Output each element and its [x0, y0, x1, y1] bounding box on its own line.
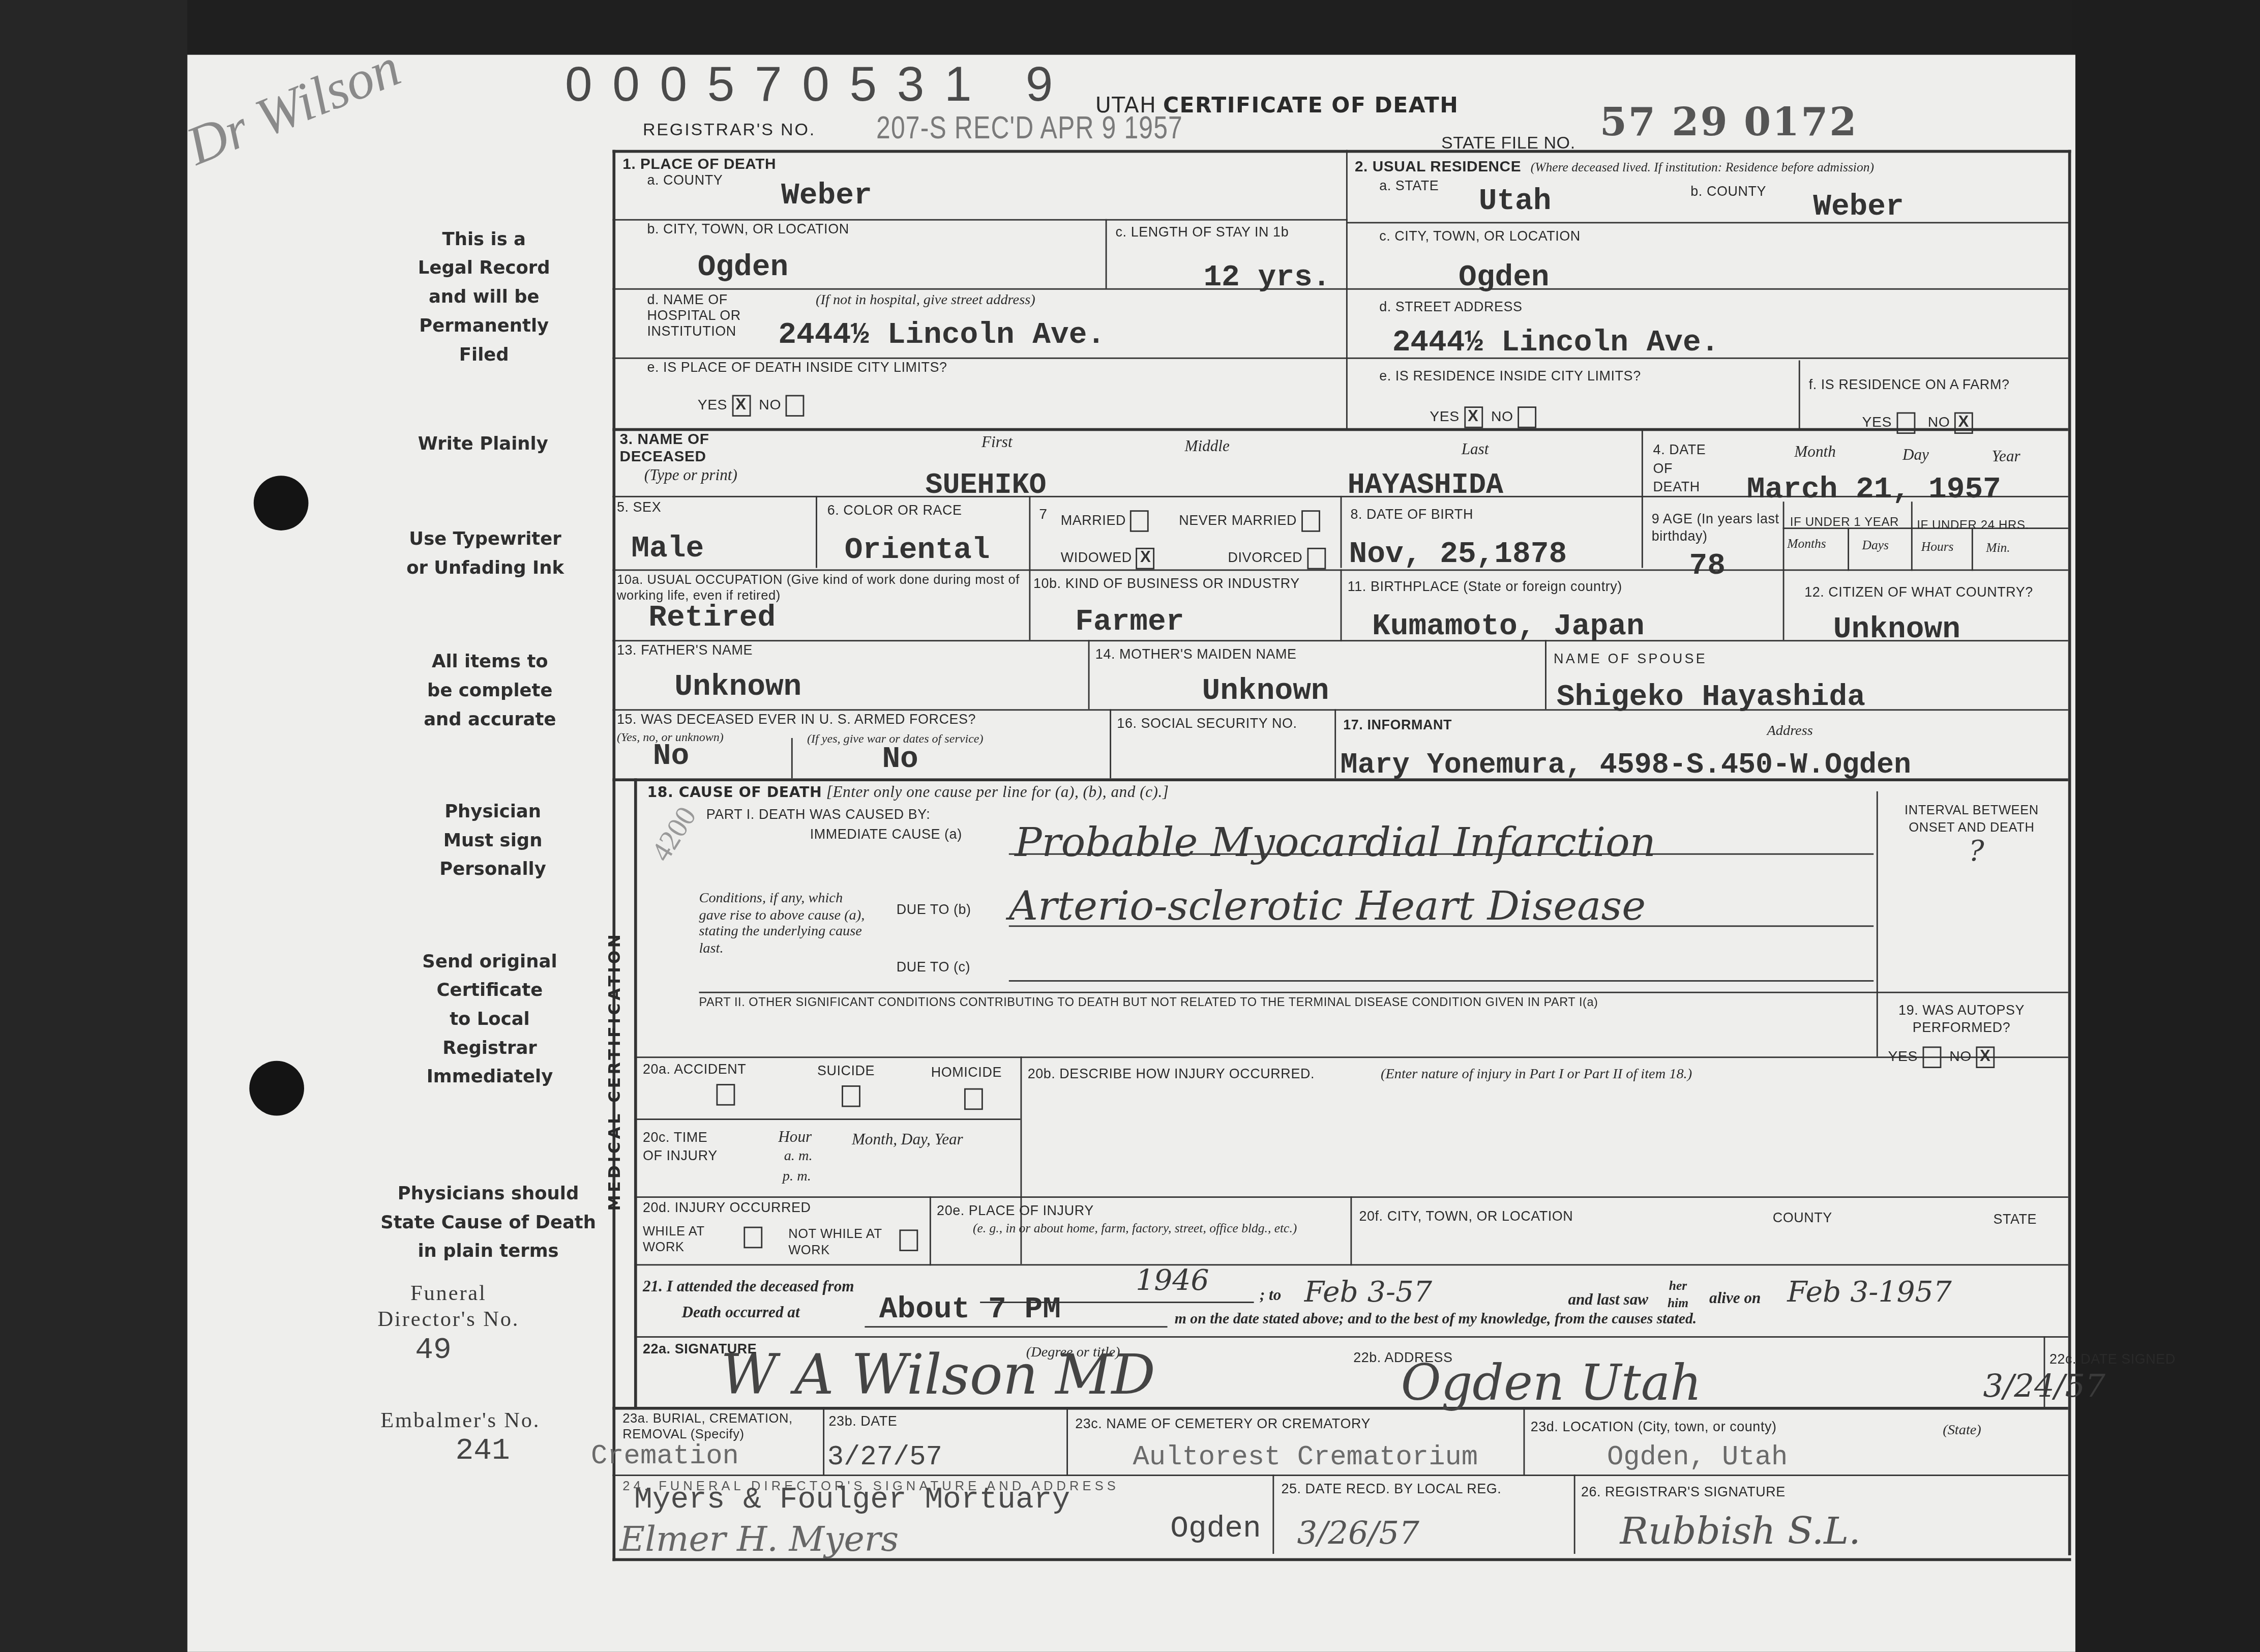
month-day-year-label: Month, Day, Year — [852, 1132, 963, 1149]
hours-label: Hours — [1921, 539, 1954, 553]
location-label: 23d. LOCATION (City, town, or county) — [1531, 1420, 1777, 1435]
race-value[interactable]: Oriental — [845, 535, 990, 568]
no-label: NO — [1949, 1050, 1972, 1066]
place-of-injury-label: 20e. PLACE OF INJURY — [937, 1203, 1094, 1219]
divider — [634, 1336, 2068, 1338]
divider — [1574, 1474, 1575, 1554]
yes-label: YES — [1862, 416, 1892, 431]
marital-status-number: 7 — [1039, 508, 1047, 523]
birthplace-label: 11. BIRTHPLACE (State or foreign country… — [1348, 579, 1622, 595]
informant-label: 17. INFORMANT — [1343, 718, 1452, 733]
death-city-label: b. CITY, TOWN, OR LOCATION — [647, 222, 849, 238]
registrars-no-label: REGISTRAR'S NO. — [643, 120, 816, 140]
divider — [1524, 1407, 1525, 1476]
divider — [1972, 527, 1973, 571]
describe-injury-note: (Enter nature of injury in Part I or Par… — [1381, 1067, 1692, 1082]
am-label: a. m. — [784, 1149, 813, 1165]
divider — [1066, 1407, 1068, 1476]
service-note: (If yes, give war or dates of service) — [807, 731, 984, 745]
date-recd-label: 25. DATE RECD. BY LOCAL REG. — [1281, 1482, 1501, 1497]
title-text: CERTIFICATE OF DEATH — [1163, 92, 1459, 118]
autopsy-yes-checkbox[interactable] — [1922, 1046, 1941, 1068]
industry-label: 10b. KIND OF BUSINESS OR INDUSTRY — [1033, 577, 1300, 593]
last-name-value[interactable]: HAYASHIDA — [1348, 470, 1503, 503]
occupation-label: 10a. USUAL OCCUPATION (Give kind of work… — [617, 572, 1026, 604]
divider — [612, 428, 2068, 431]
middle-name-label: Middle — [1185, 438, 1230, 456]
burial-value[interactable]: Cremation — [591, 1440, 739, 1471]
last-saw-label: and last saw — [1568, 1291, 1648, 1309]
min-label: Min. — [1986, 541, 2010, 555]
inside-city-limits-checkboxes: YESX NO — [698, 395, 805, 417]
while-at-work-checkbox[interactable] — [744, 1227, 762, 1249]
notice-send-original: Send original Certificate to Local Regis… — [422, 947, 557, 1091]
immediate-cause-value[interactable]: Probable Myocardial Infarction — [1015, 819, 1656, 867]
divorced-label: DIVORCED — [1228, 551, 1303, 567]
married-option: MARRIED — [1061, 510, 1149, 532]
hospital-note: (If not in hospital, give street address… — [816, 292, 1035, 308]
last-name-label: Last — [1462, 441, 1489, 458]
mother-value[interactable]: Unknown — [1202, 676, 1329, 709]
time-of-injury-label: 20c. TIME OF INJURY — [643, 1129, 729, 1166]
month-label: Month — [1794, 444, 1835, 461]
yes-label: YES — [698, 398, 727, 414]
divider — [1341, 496, 1342, 568]
never-married-label: NEVER MARRIED — [1179, 513, 1297, 529]
res-inside-city-yes-checkbox[interactable]: X — [1464, 406, 1482, 428]
divider — [634, 1056, 2068, 1058]
due-to-c-line — [1009, 980, 1874, 982]
no-label: NO — [759, 398, 781, 414]
inside-city-yes-checkbox[interactable]: X — [732, 395, 751, 417]
injury-occurred-label: 20d. INJURY OCCURRED — [643, 1201, 811, 1217]
divider — [1334, 709, 1336, 778]
funeral-director-no: 49 — [415, 1335, 451, 1368]
widowed-option: WIDOWEDX — [1061, 548, 1155, 570]
conditions-note: Conditions, if any, which gave rise to a… — [699, 891, 866, 957]
never-married-checkbox[interactable] — [1301, 510, 1320, 532]
homicide-label: HOMICIDE — [931, 1065, 1002, 1081]
burial-label: 23a. BURIAL, CREMATION, REMOVAL (Specify… — [622, 1411, 817, 1442]
no-label: NO — [1928, 416, 1950, 431]
while-at-work-label: WHILE AT WORK — [643, 1224, 715, 1255]
res-street-value[interactable]: 2444½ Lincoln Ave. — [1392, 327, 1719, 360]
accident-checkbox[interactable] — [716, 1084, 735, 1106]
scan-border-left — [0, 0, 187, 1652]
res-state-value[interactable]: Utah — [1479, 186, 1552, 219]
injury-city-label: 20f. CITY, TOWN, OR LOCATION — [1359, 1209, 1573, 1225]
date-signed-label: 22c. DATE SIGNED — [2049, 1352, 2176, 1368]
father-label: 13. FATHER'S NAME — [617, 643, 753, 659]
married-checkbox[interactable] — [1130, 510, 1149, 532]
alive-on-value[interactable]: Feb 3-1957 — [1787, 1274, 1952, 1309]
res-county-label: b. COUNTY — [1690, 185, 1766, 200]
divider — [612, 358, 2068, 359]
autopsy-label: 19. WAS AUTOPSY PERFORMED? — [1882, 1003, 2041, 1038]
pm-label: p. m. — [783, 1169, 811, 1185]
farm-checkboxes: YES NOX — [1862, 412, 1973, 434]
attestation-statement: m on the date stated above; and to the b… — [1175, 1312, 1697, 1327]
injury-county-label: COUNTY — [1773, 1211, 1832, 1227]
received-stamp: 207-S REC'D APR 9 1957 — [876, 109, 1183, 147]
divider — [823, 1407, 824, 1476]
registrar-signature-label: 26. REGISTRAR'S SIGNATURE — [1581, 1485, 1786, 1500]
funeral-city-value[interactable]: Ogden — [1170, 1514, 1261, 1547]
farm-no-checkbox[interactable]: X — [1954, 412, 1973, 434]
informant-address-label: Address — [1767, 724, 1812, 740]
farm-yes-checkbox[interactable] — [1896, 412, 1915, 434]
injury-state-label: STATE — [1993, 1212, 2037, 1228]
autopsy-no-checkbox[interactable]: X — [1976, 1046, 1995, 1068]
attended-from-value[interactable]: 1946 — [1136, 1263, 1209, 1297]
binder-hole — [249, 1061, 304, 1116]
divider — [634, 1264, 2068, 1265]
length-of-stay-label: c. LENGTH OF STAY IN 1b — [1116, 225, 1289, 241]
describe-injury-label: 20b. DESCRIBE HOW INJURY OCCURRED. — [1028, 1067, 1315, 1082]
death-county-label: a. COUNTY — [647, 173, 723, 189]
res-inside-city-label: e. IS RESIDENCE INSIDE CITY LIMITS? — [1379, 369, 1641, 385]
first-name-label: First — [982, 434, 1013, 451]
divider — [1642, 430, 1643, 568]
armed-forces-value[interactable]: No — [653, 741, 689, 774]
ssn-label: 16. SOCIAL SECURITY NO. — [1117, 716, 1297, 732]
farm-label: f. IS RESIDENCE ON A FARM? — [1809, 378, 2010, 394]
part2-label: PART II. OTHER SIGNIFICANT CONDITIONS CO… — [699, 994, 1598, 1009]
notice-write-plainly: Write Plainly — [418, 430, 548, 459]
age-label: 9 AGE (In years last birthday) — [1652, 512, 1785, 546]
divider — [612, 1474, 2068, 1476]
months-label: Months — [1787, 536, 1826, 550]
divider — [1799, 361, 1800, 430]
yes-label: YES — [1888, 1050, 1918, 1066]
serial-number: 000570531 9 — [565, 57, 1073, 114]
inside-city-limits-label: e. IS PLACE OF DEATH INSIDE CITY LIMITS? — [647, 361, 947, 376]
immediate-cause-label: IMMEDIATE CAUSE (a) — [810, 828, 962, 843]
race-label: 6. COLOR OR RACE — [827, 503, 962, 519]
attended-to-label: ; to — [1260, 1287, 1281, 1305]
deceased-name-note: (Type or print) — [644, 467, 737, 484]
scan-border-top — [0, 0, 2260, 55]
mother-label: 14. MOTHER'S MAIDEN NAME — [1095, 647, 1297, 663]
deceased-name-label: 3. NAME OF DECEASED — [620, 431, 735, 465]
death-county-value[interactable]: Weber — [781, 180, 872, 213]
notice-typewriter: Use Typewriter or Unfading Ink — [406, 525, 564, 582]
location-value[interactable]: Ogden, Utah — [1607, 1441, 1788, 1473]
part1-label: PART I. DEATH WAS CAUSED BY: — [706, 807, 931, 823]
divider — [1877, 791, 1878, 1056]
divider — [634, 778, 637, 1408]
divider — [1346, 222, 2070, 223]
interval-label: INTERVAL BETWEEN ONSET AND DEATH — [1885, 802, 2058, 836]
first-name-value[interactable]: SUEHIKO — [925, 470, 1046, 503]
informant-value[interactable]: Mary Yonemura, 4598-S.450-W.Ogden — [1341, 750, 1911, 783]
place-of-death-heading: 1. PLACE OF DEATH — [622, 156, 776, 173]
binder-hole — [254, 476, 309, 530]
father-value[interactable]: Unknown — [674, 672, 801, 705]
inside-city-no-checkbox[interactable] — [786, 395, 805, 417]
funeral-director-no-label: Funeral Director's No. — [378, 1281, 520, 1333]
her-label: her — [1669, 1279, 1687, 1293]
divider — [634, 1118, 1021, 1120]
armed-forces-label: 15. WAS DECEASED EVER IN U. S. ARMED FOR… — [617, 712, 976, 728]
date-recd-value[interactable]: 3/26/57 — [1297, 1516, 1419, 1552]
death-occurred-label: Death occurred at — [681, 1305, 799, 1322]
divider — [816, 496, 817, 568]
birthplace-value[interactable]: Kumamoto, Japan — [1372, 611, 1645, 644]
hour-label: Hour — [778, 1129, 812, 1146]
divider — [1272, 1474, 1274, 1554]
divider — [1088, 640, 1090, 709]
attended-to-value[interactable]: Feb 3-57 — [1304, 1274, 1432, 1309]
divorced-option: DIVORCED — [1228, 548, 1326, 570]
notice-complete: All items to be complete and accurate — [424, 647, 556, 733]
citizen-value[interactable]: Unknown — [1833, 614, 1960, 647]
homicide-checkbox[interactable] — [964, 1088, 983, 1110]
divider — [1848, 527, 1849, 571]
disposition-date-value[interactable]: 3/27/57 — [827, 1441, 942, 1473]
divider — [612, 219, 1347, 221]
never-married-option: NEVER MARRIED — [1179, 510, 1320, 532]
divider — [1110, 709, 1111, 778]
divider — [612, 288, 2068, 290]
attended-text: 21. I attended the deceased from — [643, 1279, 854, 1296]
due-to-b-label: DUE TO (b) — [897, 902, 971, 918]
day-label: Day — [1902, 447, 1929, 464]
res-city-label: c. CITY, TOWN, OR LOCATION — [1379, 229, 1581, 245]
divider — [1341, 569, 1342, 641]
physician-address-value[interactable]: Ogden Utah — [1401, 1355, 1702, 1412]
married-label: MARRIED — [1061, 513, 1126, 529]
divider — [791, 738, 793, 778]
suicide-label: SUICIDE — [817, 1064, 875, 1079]
res-county-value[interactable]: Weber — [1813, 192, 1904, 225]
usual-residence-note: (Where deceased lived. If institution: R… — [1531, 160, 1874, 174]
year-label: Year — [1992, 448, 2020, 465]
alive-on-label: alive on — [1709, 1290, 1761, 1307]
interval-value[interactable]: ? — [1969, 833, 1984, 868]
embalmer-no: 241 — [456, 1436, 510, 1469]
hospital-label: d. NAME OF HOSPITAL OR INSTITUTION — [647, 292, 777, 340]
spouse-label: NAME OF SPOUSE — [1554, 652, 1707, 667]
res-inside-city-no-checkbox[interactable] — [1518, 406, 1536, 428]
attended-label: 21. I attended the deceased from — [643, 1279, 854, 1296]
accident-label: 20a. ACCIDENT — [643, 1063, 746, 1078]
state-file-number: 57 29 0172 — [1600, 101, 1858, 145]
divider — [699, 992, 2068, 993]
industry-value[interactable]: Farmer — [1075, 607, 1184, 640]
res-city-value[interactable]: Ogden — [1459, 262, 1550, 296]
yes-label: YES — [1430, 409, 1459, 425]
death-city-value[interactable]: Ogden — [698, 252, 789, 285]
divider — [612, 1407, 2068, 1410]
autopsy-checkboxes: YES NOX — [1888, 1046, 1995, 1068]
divider — [1350, 1196, 1352, 1265]
under-24-hrs-label: IF UNDER 24 HRS. — [1917, 517, 2029, 532]
not-while-at-work-label: NOT WHILE AT WORK — [788, 1227, 882, 1258]
place-of-injury-note: (e. g., in or about home, farm, factory,… — [973, 1221, 1341, 1236]
cemetery-label: 23c. NAME OF CEMETERY OR CREMATORY — [1075, 1417, 1371, 1433]
embalmer-no-label: Embalmer's No. — [380, 1408, 540, 1434]
hospital-value[interactable]: 2444½ Lincoln Ave. — [778, 320, 1105, 353]
usual-residence-heading: 2. USUAL RESIDENCE — [1355, 159, 1521, 176]
funeral-home-value[interactable]: Myers & Foulger Mortuary — [634, 1485, 1070, 1518]
under-1-year-label: IF UNDER 1 YEAR — [1790, 515, 1899, 529]
physician-signature[interactable]: W A Wilson MD — [721, 1343, 1155, 1407]
length-of-stay-value[interactable]: 12 yrs. — [1203, 262, 1330, 296]
location-state-label: (State) — [1943, 1423, 1981, 1438]
notice-legal-record: This is a Legal Record and will be Perma… — [418, 225, 550, 369]
cause-note: [Enter only one cause per line for (a), … — [826, 784, 1169, 802]
date-of-death-value[interactable]: March 21, 1957 — [1747, 474, 2001, 507]
occupation-value[interactable]: Retired — [648, 603, 776, 636]
not-while-at-work-checkbox[interactable] — [899, 1229, 918, 1251]
widowed-label: WIDOWED — [1061, 551, 1132, 567]
spouse-value[interactable]: Shigeko Hayashida — [1557, 682, 1865, 715]
widowed-checkbox[interactable]: X — [1136, 548, 1155, 570]
funeral-director-signature[interactable]: Elmer H. Myers — [620, 1519, 899, 1559]
disposition-date-label: 23b. DATE — [829, 1414, 898, 1430]
due-to-b-value[interactable]: Arterio-sclerotic Heart Disease — [1009, 882, 1646, 930]
medical-certification-label: MEDICAL CERTIFICATION — [605, 931, 624, 1211]
divorced-checkbox[interactable] — [1307, 548, 1326, 570]
suicide-checkbox[interactable] — [842, 1085, 860, 1107]
sex-label: 5. SEX — [617, 500, 661, 516]
him-label: him — [1668, 1296, 1688, 1310]
notice-physicians-cause: Physicians should State Cause of Death i… — [380, 1179, 596, 1265]
cause-of-death-heading: 18. CAUSE OF DEATH [Enter only one cause… — [647, 784, 1169, 802]
dob-label: 8. DATE OF BIRTH — [1350, 508, 1473, 523]
service-value[interactable]: No — [882, 744, 918, 777]
sex-value[interactable]: Male — [631, 534, 704, 567]
registrar-signature[interactable]: Rubbish S.L. — [1620, 1511, 1860, 1554]
divider — [1029, 496, 1030, 640]
date-signed-value[interactable]: 3/24/57 — [1983, 1369, 2105, 1405]
divider — [930, 1196, 931, 1265]
document-scan: Dr Wilson 000570531 9 UTAH CERTIFICATE O… — [0, 0, 2260, 1652]
dob-value[interactable]: Nov, 25,1878 — [1349, 539, 1567, 572]
no-label: NO — [1491, 409, 1513, 425]
res-inside-city-checkboxes: YESX NO — [1430, 406, 1536, 428]
divider — [1545, 640, 1547, 709]
citizen-label: 12. CITIZEN OF WHAT COUNTRY? — [1804, 585, 2033, 601]
res-street-label: d. STREET ADDRESS — [1379, 300, 1522, 315]
cemetery-value[interactable]: Aultorest Crematorium — [1133, 1441, 1478, 1473]
due-to-c-label: DUE TO (c) — [897, 960, 970, 976]
death-occurred-value[interactable]: About 7 PM — [879, 1294, 1061, 1327]
divider — [1911, 501, 1913, 571]
res-state-label: a. STATE — [1379, 179, 1439, 194]
notice-physician-sign: Physician Must sign Personally — [439, 797, 546, 883]
age-value[interactable]: 78 — [1689, 551, 1725, 584]
form-right-border — [2068, 150, 2071, 1555]
date-of-death-label: 4. DATE OF DEATH — [1653, 441, 1711, 497]
divider — [1106, 219, 1107, 288]
days-label: Days — [1862, 538, 1889, 552]
cause-heading-text: 18. CAUSE OF DEATH — [647, 786, 822, 802]
